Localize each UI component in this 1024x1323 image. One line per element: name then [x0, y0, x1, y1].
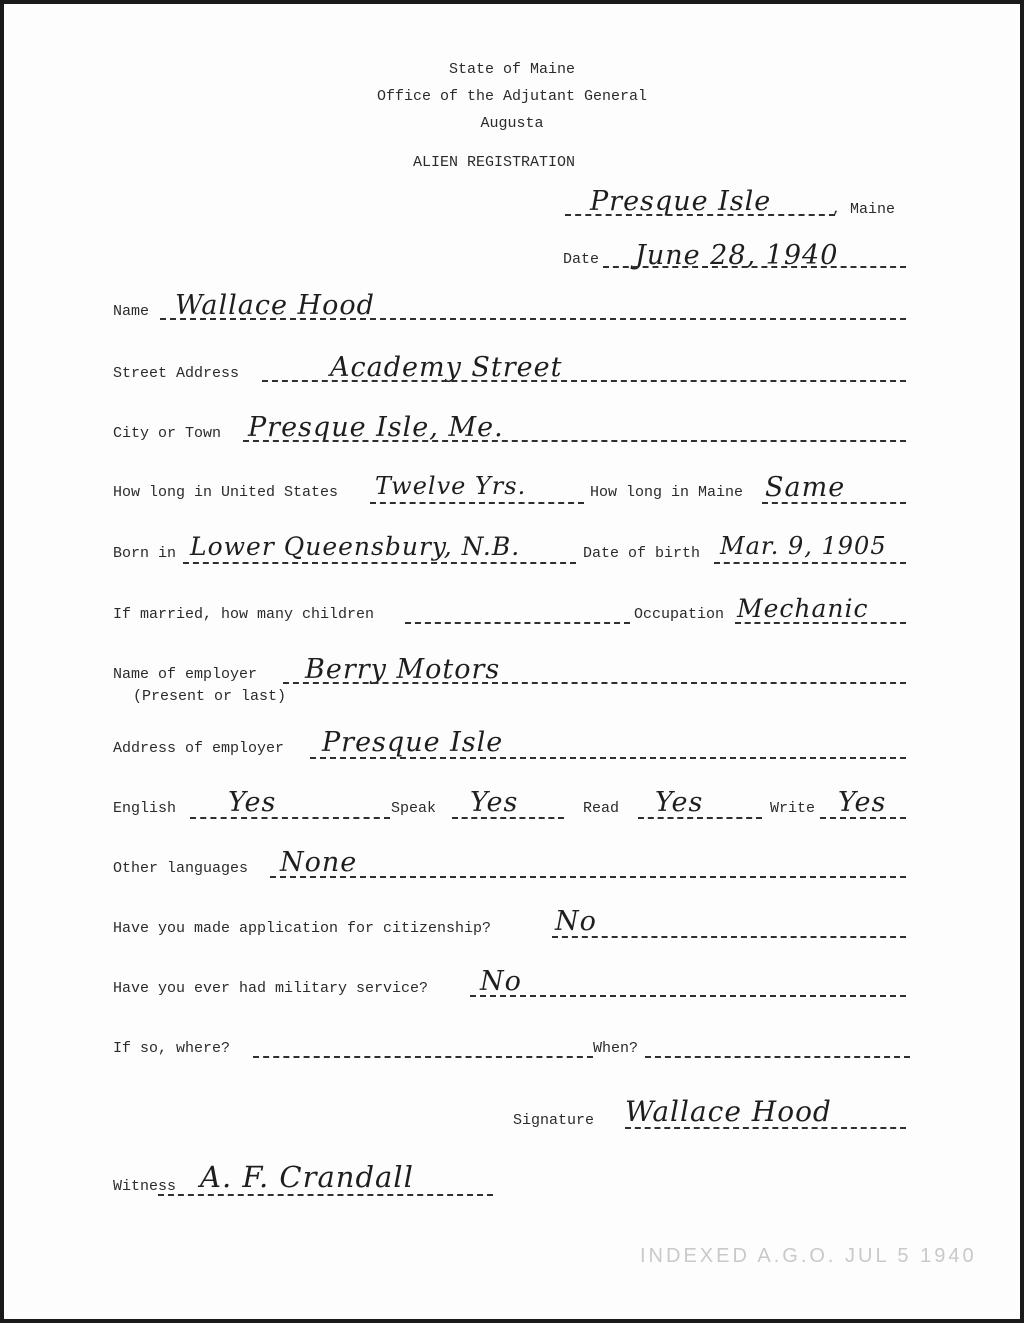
received-stamp: INDEXED A.G.O. JUL 5 1940: [640, 1245, 977, 1268]
employer-value: Berry Motors: [305, 654, 500, 685]
name-label: Name: [113, 303, 149, 320]
other-languages-value: None: [280, 847, 357, 878]
citizenship-label: Have you made application for citizenshi…: [113, 920, 491, 937]
children-label: If married, how many children: [113, 606, 374, 623]
write-value: Yes: [838, 787, 886, 818]
witness-value: A. F. Crandall: [200, 1160, 414, 1194]
header-office: Office of the Adjutant General: [0, 88, 1024, 105]
when-line: [645, 1056, 910, 1058]
dob-label: Date of birth: [583, 545, 700, 562]
read-label: Read: [583, 800, 619, 817]
maine-duration-label: How long in Maine: [590, 484, 743, 501]
employer-label: Name of employer: [113, 666, 257, 683]
dob-line: [714, 562, 906, 564]
us-duration-line: [370, 502, 584, 504]
name-line: [160, 318, 906, 320]
employer-address-value: Presque Isle: [322, 727, 503, 758]
read-value: Yes: [655, 787, 703, 818]
city-line: [243, 440, 906, 442]
occupation-value: Mechanic: [737, 594, 869, 623]
english-label: English: [113, 800, 176, 817]
read-line: [638, 817, 762, 819]
maine-duration-value: Same: [765, 472, 845, 503]
speak-value: Yes: [470, 787, 518, 818]
english-line: [190, 817, 390, 819]
write-label: Write: [770, 800, 815, 817]
other-languages-label: Other languages: [113, 860, 248, 877]
employer-address-label: Address of employer: [113, 740, 284, 757]
header-city: Augusta: [0, 115, 1024, 132]
maine-duration-line: [762, 502, 906, 504]
english-value: Yes: [228, 787, 276, 818]
born-in-value: Lower Queensbury, N.B.: [190, 532, 520, 561]
occupation-label: Occupation: [634, 606, 724, 623]
city-label: City or Town: [113, 425, 221, 442]
signature-label: Signature: [513, 1112, 594, 1129]
date-line: [603, 266, 906, 268]
street-value: Academy Street: [330, 352, 562, 383]
employer-address-line: [310, 757, 906, 759]
where-line: [253, 1056, 593, 1058]
witness-line: [158, 1194, 493, 1196]
city-value: Presque Isle, Me.: [248, 412, 504, 443]
born-in-label: Born in: [113, 545, 176, 562]
street-label: Street Address: [113, 365, 239, 382]
employer-sublabel: (Present or last): [133, 688, 286, 705]
signature-line: [625, 1127, 906, 1129]
header-state: State of Maine: [0, 61, 1024, 78]
street-line: [262, 380, 906, 382]
dob-value: Mar. 9, 1905: [720, 532, 887, 560]
place-value: Presque Isle: [590, 186, 771, 217]
speak-line: [452, 817, 564, 819]
place-suffix: , Maine: [832, 201, 895, 218]
military-label: Have you ever had military service?: [113, 980, 428, 997]
citizenship-line: [552, 936, 906, 938]
write-line: [820, 817, 906, 819]
other-languages-line: [270, 876, 906, 878]
when-label: When?: [593, 1040, 638, 1057]
military-line: [470, 995, 906, 997]
citizenship-value: No: [555, 906, 597, 937]
us-duration-value: Twelve Yrs.: [375, 472, 526, 500]
children-line: [405, 622, 630, 624]
military-value: No: [480, 966, 522, 997]
us-duration-label: How long in United States: [113, 484, 338, 501]
occupation-line: [735, 622, 906, 624]
date-label: Date: [563, 251, 599, 268]
speak-label: Speak: [391, 800, 436, 817]
born-in-line: [183, 562, 576, 564]
name-value: Wallace Hood: [175, 290, 375, 321]
employer-line: [283, 682, 906, 684]
witness-label: Witness: [113, 1178, 176, 1195]
where-label: If so, where?: [113, 1040, 230, 1057]
form-title: ALIEN REGISTRATION: [413, 154, 575, 171]
place-line: [565, 214, 835, 216]
signature-value: Wallace Hood: [625, 1095, 832, 1128]
